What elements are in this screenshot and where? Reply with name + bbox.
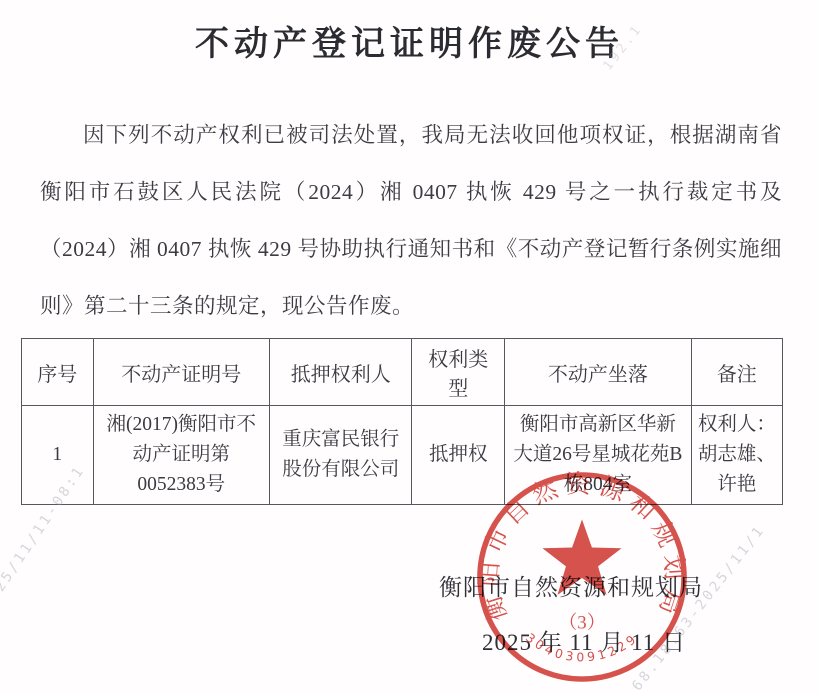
notice-body-paragraph: 因下列不动产权利已被司法处置，我局无法收回他项权证，根据湖南省衡阳市石鼓区人民法…	[40, 107, 782, 335]
table-header-row: 序号 不动产证明号 抵押权利人 权利类型 不动产坐落 备注	[22, 339, 783, 406]
cell-mortgagee: 重庆富民银行股份有限公司	[270, 406, 412, 505]
signature-block: 衡阳市自然资源和规划局 2025 年 11 月 11 日	[0, 569, 819, 657]
col-header-note: 备注	[691, 339, 782, 406]
cell-seq: 1	[22, 406, 94, 505]
col-header-location: 不动产坐落	[505, 339, 691, 406]
issue-date: 2025 年 11 月 11 日	[0, 624, 819, 657]
cell-location: 衡阳市高新区华新大道26号星城花苑B栋804室	[505, 406, 691, 505]
cell-note: 权利人： 胡志雄、 许艳	[691, 406, 782, 505]
col-header-mortgagee: 抵押权利人	[270, 339, 412, 406]
cell-right-type: 抵押权	[412, 406, 505, 505]
issuing-authority: 衡阳市自然资源和规划局	[0, 569, 819, 602]
col-header-right-type: 权利类型	[412, 339, 505, 406]
invalidation-table: 序号 不动产证明号 抵押权利人 权利类型 不动产坐落 备注 1 湘(2017)衡…	[21, 338, 783, 505]
page-title: 不动产登记证明作废公告	[0, 0, 819, 65]
scanned-notice-page: 不动产登记证明作废公告 因下列不动产权利已被司法处置，我局无法收回他项权证，根据…	[0, 0, 819, 694]
col-header-seq: 序号	[22, 339, 94, 406]
table-row: 1 湘(2017)衡阳市不动产证明第0052383号 重庆富民银行股份有限公司 …	[22, 406, 783, 505]
cell-cert-no: 湘(2017)衡阳市不动产证明第0052383号	[93, 406, 270, 505]
col-header-cert-no: 不动产证明号	[93, 339, 270, 406]
